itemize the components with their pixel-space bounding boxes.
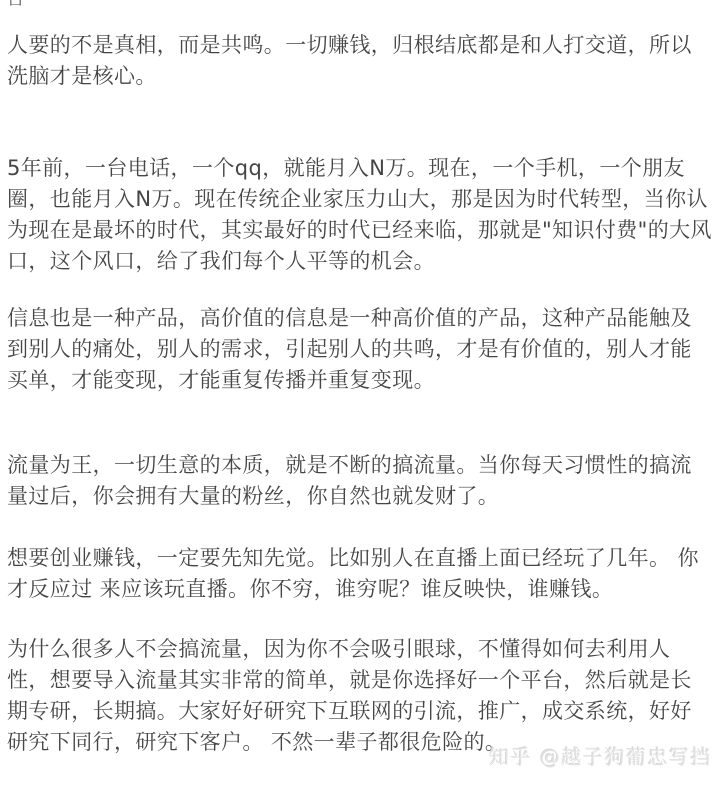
article-body: 人要的不是真相，而是共鸣。一切赚钱，归根结底都是和人打交道，所以洗脑才是核心。 …: [0, 30, 720, 758]
paragraph-3: 信息也是一种产品，高价值的信息是一种高价值的产品，这种产品能触及到别人的痛处，别…: [7, 303, 713, 396]
paragraph-2: 5年前，一台电话，一个qq，就能月入N万。现在，一个手机，一个朋友圈，也能月入N…: [7, 153, 713, 277]
paragraph-6: 为什么很多人不会搞流量，因为你不会吸引眼球，不懂得如何去利用人性，想要导入流量其…: [7, 634, 713, 758]
clipped-character: 白: [8, 0, 26, 7]
paragraph-4: 流量为王，一切生意的本质，就是不断的搞流量。当你每天习惯性的搞流量过后，你会拥有…: [7, 450, 713, 512]
paragraph-5: 想要创业赚钱，一定要先知先觉。比如别人在直播上面已经玩了几年。 你才反应过 来应…: [7, 543, 713, 605]
zhihu-watermark: 知乎 @越子狗葡忠写挡: [489, 741, 712, 770]
clipped-character-fragment: 白: [8, 0, 26, 9]
paragraph-1: 人要的不是真相，而是共鸣。一切赚钱，归根结底都是和人打交道，所以洗脑才是核心。: [7, 30, 713, 92]
